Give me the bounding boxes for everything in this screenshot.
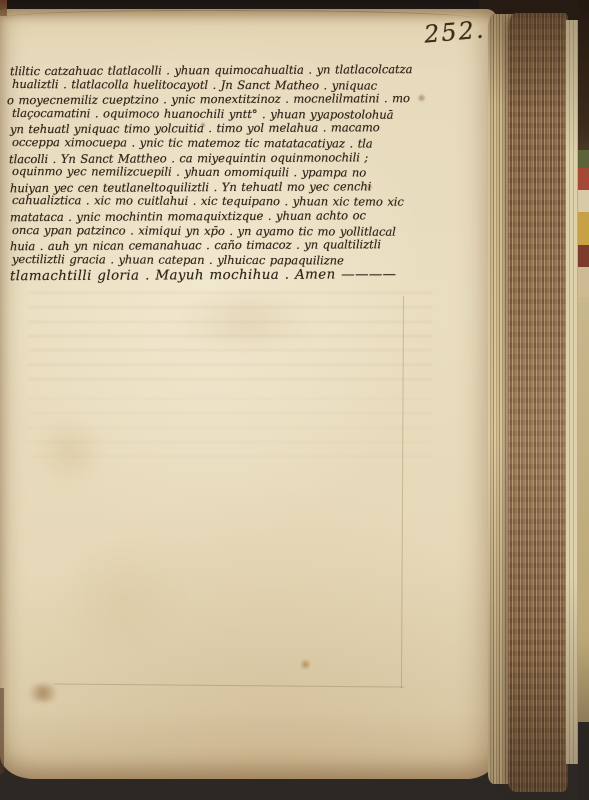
page-number: 252.: [423, 15, 487, 48]
paper-stain: [299, 659, 312, 670]
decorated-edge-segment: [578, 150, 589, 168]
underlying-page-edge: [566, 20, 578, 764]
decorated-edge-strip: [578, 0, 589, 800]
binding-left-detail: [0, 688, 4, 774]
paper-stain: [38, 414, 102, 488]
paper-stain: [150, 298, 340, 344]
decorated-edge-segment: [578, 190, 589, 212]
book-fore-edge: [508, 13, 568, 792]
decorated-edge-segment: [578, 212, 589, 245]
paper-stain: [24, 684, 62, 702]
binding-corner-detail: [0, 0, 7, 16]
manuscript-line: occeppa ximocuepa . ynic tic matemoz tic…: [12, 135, 468, 152]
decorated-edge-segment: [578, 297, 589, 722]
decorated-edge-segment: [578, 168, 589, 190]
decorated-edge-segment: [578, 245, 589, 267]
manuscript-line: tlamachtilli gloria . Mayuh mochihua . A…: [10, 268, 468, 285]
manuscript-line: matataca . ynic mochintin momaquixtizque…: [10, 208, 468, 225]
paper-stain: [58, 552, 188, 648]
decorated-edge-segment: [578, 722, 589, 800]
decorated-edge-segment: [578, 0, 589, 150]
decorated-edge-segment: [578, 267, 589, 297]
book-photo: 252. tliltic catzahuac tlatlacolli . yhu…: [0, 0, 589, 800]
manuscript-line: yectiliztli gracia . yhuan catepan . ylh…: [12, 252, 468, 269]
manuscript-line: tliltic catzahuac tlatlacolli . yhuan qu…: [10, 62, 468, 79]
manuscript-text: tliltic catzahuac tlatlacolli . yhuan qu…: [10, 63, 468, 284]
